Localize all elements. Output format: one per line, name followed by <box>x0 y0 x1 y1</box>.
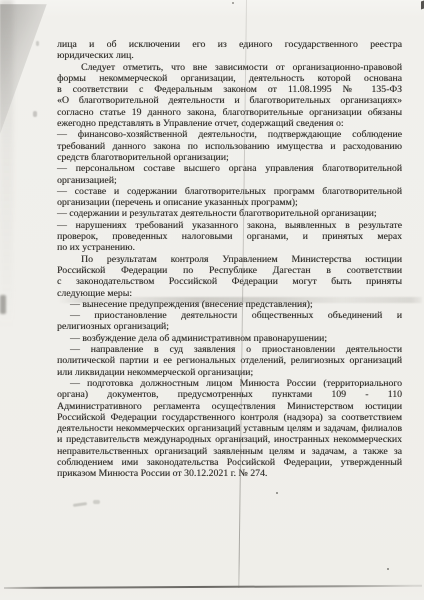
text-line: — направление в суд заявления о приостан… <box>57 344 402 355</box>
text-line: с законодательством Российской Федерации… <box>57 276 402 287</box>
text-line: организацией; <box>57 175 402 186</box>
text-line: ежегодно представлять в Управление отчет… <box>57 118 402 129</box>
text-line: — приостановление деятельности обществен… <box>57 310 402 321</box>
text-line: или ликвидации некоммерческой организаци… <box>57 367 402 378</box>
text-line: в соответствии с Федеральным законом от … <box>57 84 402 95</box>
text-line: согласно статье 19 данного закона, благо… <box>57 107 402 118</box>
text-line: Административного регламента осуществлен… <box>57 401 402 412</box>
text-line: неправительственных организаций заявленн… <box>57 446 402 457</box>
text-line: средств благотворительной организации; <box>57 152 402 163</box>
text-line: проверок, проведенных налоговыми органам… <box>57 231 402 242</box>
text-line: Российской Федерации государственного ко… <box>57 412 402 423</box>
text-line: — содержании и результатах деятельности … <box>57 208 402 219</box>
text-line: политической партии и ее региональных от… <box>57 355 402 366</box>
scanned-page: лица и об исключении его из единого госу… <box>0 0 424 600</box>
text-line: соблюдением ими законодательства Российс… <box>57 457 402 468</box>
text-line: следующие меры: <box>57 288 402 299</box>
text-line: — персональном составе высшего органа уп… <box>57 163 402 174</box>
text-line: приказом Минюста России от 30.12.2021 г.… <box>57 468 402 479</box>
left-edge-mark <box>0 295 6 314</box>
text-line: — подготовка должностным лицом Минюста Р… <box>57 378 402 389</box>
pencil-smudge <box>33 111 37 117</box>
text-line: по их устранению. <box>57 242 402 253</box>
pencil-smudge <box>36 41 39 46</box>
text-line: организации (перечень и описание указанн… <box>57 197 402 208</box>
text-line: — возбуждение дела об административном п… <box>57 333 402 344</box>
dust-speck <box>232 2 234 4</box>
dust-speck <box>276 492 278 494</box>
text-line: требований данного закона по использован… <box>57 141 402 152</box>
text-line: — финансово-хозяйственной деятельности, … <box>57 129 402 140</box>
document-text: лица и об исключении его из единого госу… <box>57 39 402 480</box>
text-line: — вынесение предупреждения (внесение пре… <box>57 299 402 310</box>
text-line: — нарушениях требований указанного закон… <box>57 220 402 231</box>
text-line: «О благотворительной деятельности и благ… <box>57 95 402 106</box>
text-line: и представительств международных организ… <box>57 434 402 445</box>
text-line: По результатам контроля Управлением Мини… <box>57 254 402 265</box>
page-bottom-edge-line <box>4 585 422 589</box>
scan-shadow-left-edge <box>0 0 13 330</box>
text-line: формы некоммерческой организации, деятел… <box>57 73 402 84</box>
dust-speck <box>387 568 389 570</box>
text-line: религиозных организаций; <box>57 321 402 332</box>
text-line: Российской Федерации по Республике Дагес… <box>57 265 402 276</box>
text-line: Следует отметить, что вне зависимости от… <box>57 62 402 73</box>
text-line: — составе и содержании благотворительных… <box>57 186 402 197</box>
text-line: органа) документов, предусмотренных пунк… <box>57 389 402 400</box>
pencil-smudge <box>93 500 100 504</box>
text-line: юридических лиц. <box>57 50 402 61</box>
text-line: деятельности некоммерческих организаций … <box>57 423 402 434</box>
pencil-smudge <box>73 502 87 507</box>
text-line: лица и об исключении его из единого госу… <box>57 39 402 50</box>
